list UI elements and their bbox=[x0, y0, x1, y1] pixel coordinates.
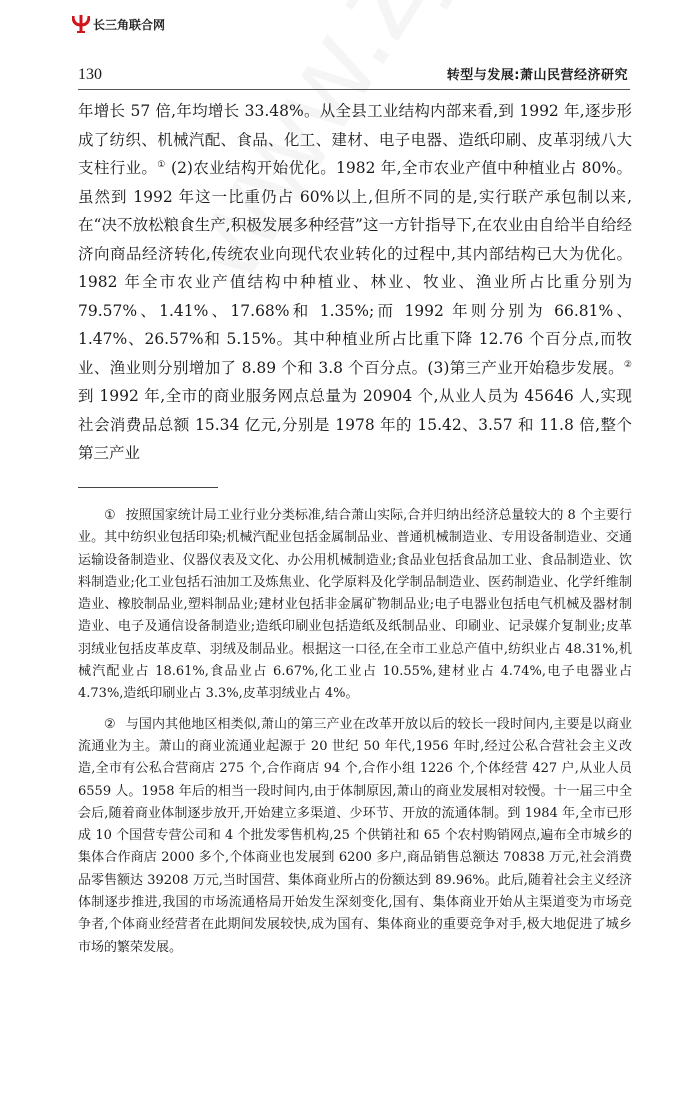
body-text-segment: 到 1992 年,全市的商业服务网点总量为 20904 个,从业人员为 4564… bbox=[78, 387, 632, 462]
footnote-ref-2[interactable]: ② bbox=[624, 359, 632, 369]
header-rule bbox=[78, 89, 630, 91]
body-text: 年增长 57 倍,年均增长 33.48%。从全县工业结构内部来看,到 1992 … bbox=[78, 97, 632, 468]
site-logo[interactable]: 长三角联合网 bbox=[72, 14, 165, 34]
psi-logo-icon bbox=[72, 14, 90, 34]
body-text-segment: (2)农业结构开始优化。1982 年,全市农业产值中种植业占 80%。虽然到 1… bbox=[78, 159, 632, 377]
page-number: 130 bbox=[78, 66, 102, 84]
footnote-ref-1[interactable]: ① bbox=[157, 160, 165, 170]
footnote-separator bbox=[78, 487, 218, 488]
book-title: 转型与发展:萧山民营经济研究 bbox=[447, 64, 628, 83]
body-paragraph: 年增长 57 倍,年均增长 33.48%。从全县工业结构内部来看,到 1992 … bbox=[78, 97, 632, 468]
footnote-text: 按照国家统计局工业行业分类标准,结合萧山实际,合并归纳出经济总量较大的 8 个主… bbox=[78, 508, 632, 701]
logo-text: 长三角联合网 bbox=[93, 16, 165, 33]
footnotes: ①按照国家统计局工业行业分类标准,结合萧山实际,合并归纳出经济总量较大的 8 个… bbox=[78, 505, 632, 959]
footnote-text: 与国内其他地区相类似,萧山的第三产业在改革开放以后的较长一段时间内,主要是以商业… bbox=[78, 717, 632, 955]
footnote-mark: ② bbox=[104, 717, 116, 732]
footnote-mark: ① bbox=[104, 508, 116, 523]
footnote-2: ②与国内其他地区相类似,萧山的第三产业在改革开放以后的较长一段时间内,主要是以商… bbox=[78, 714, 632, 959]
running-head: 130 转型与发展:萧山民营经济研究 bbox=[78, 64, 628, 84]
footnote-1: ①按照国家统计局工业行业分类标准,结合萧山实际,合并归纳出经济总量较大的 8 个… bbox=[78, 505, 632, 706]
